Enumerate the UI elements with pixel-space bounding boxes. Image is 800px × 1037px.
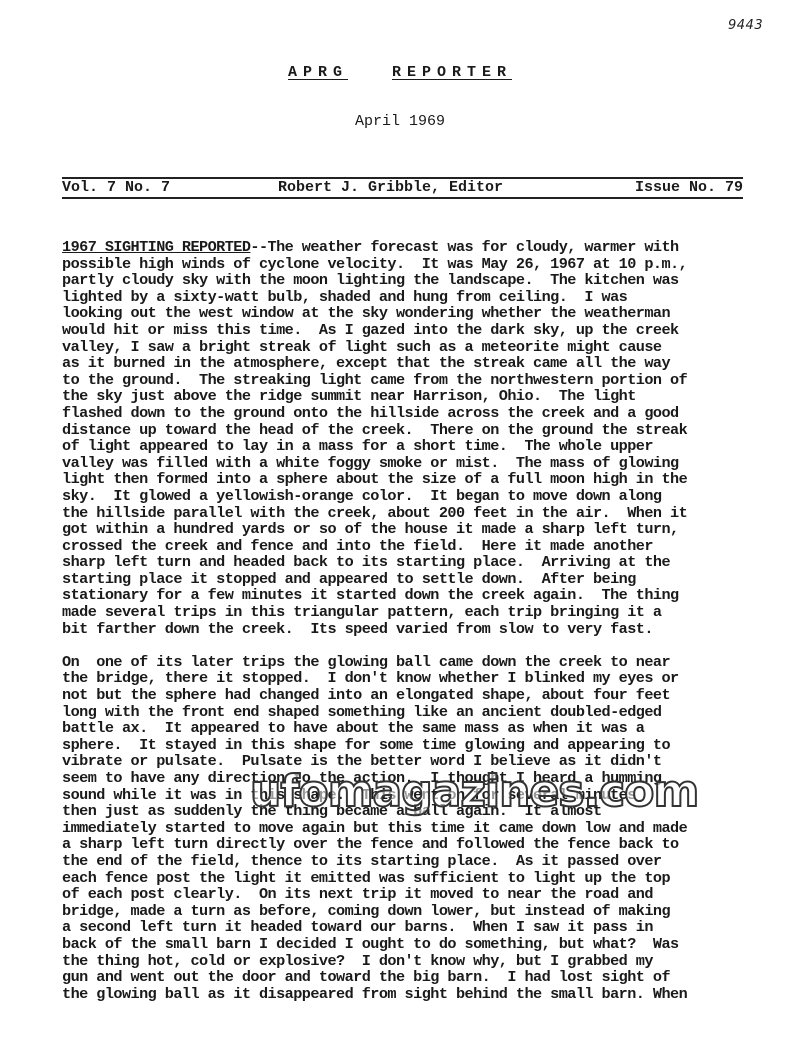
text-line: each fence post the light it emitted was… [62,870,762,887]
text-line: On one of its later trips the glowing ba… [62,654,762,671]
article-body: 1967 SIGHTING REPORTED--The weather fore… [62,239,762,1002]
issue-date: April 1969 [0,113,800,130]
masthead-left: APRG [288,64,348,81]
text-line: a sharp left turn directly over the fenc… [62,836,762,853]
text-line-content: --The weather forecast was for cloudy, w… [250,238,678,256]
text-line: flashed down to the ground onto the hill… [62,405,762,422]
text-line: not but the sphere had changed into an e… [62,687,762,704]
masthead-title: APRGREPORTER [0,64,800,81]
text-line: would hit or miss this time. As I gazed … [62,322,762,339]
text-line: a second left turn it headed toward our … [62,919,762,936]
text-line: as it burned in the atmosphere, except t… [62,355,762,372]
volume-number: Vol. 7 No. 7 [62,179,170,197]
text-line: light then formed into a sphere about th… [62,471,762,488]
text-line: of each post clearly. On its next trip i… [62,886,762,903]
text-line: partly cloudy sky with the moon lighting… [62,272,762,289]
text-line: valley, I saw a bright streak of light s… [62,339,762,356]
text-line: got within a hundred yards or so of the … [62,521,762,538]
issue-number: Issue No. 79 [635,179,743,197]
text-line: sphere. It stayed in this shape for some… [62,737,762,754]
text-line: possible high winds of cyclone velocity.… [62,256,762,273]
volume-bar: Vol. 7 No. 7 Robert J. Gribble, Editor I… [62,177,743,199]
text-line: 1967 SIGHTING REPORTED--The weather fore… [62,239,762,256]
paragraph-break [62,637,762,654]
text-line: crossed the creek and fence and into the… [62,538,762,555]
text-line: immediately started to move again but th… [62,820,762,837]
text-line: starting place it stopped and appeared t… [62,571,762,588]
text-line: made several trips in this triangular pa… [62,604,762,621]
handwritten-page-number: 9443 [728,18,763,33]
text-line: battle ax. It appeared to have about the… [62,720,762,737]
text-line: the hillside parallel with the creek, ab… [62,505,762,522]
text-line: valley was filled with a white foggy smo… [62,455,762,472]
text-line: to the ground. The streaking light came … [62,372,762,389]
masthead-right: REPORTER [392,64,512,81]
text-line: bit farther down the creek. Its speed va… [62,621,762,638]
text-line: the thing hot, cold or explosive? I don'… [62,953,762,970]
text-line: sky. It glowed a yellowish-orange color.… [62,488,762,505]
text-line: stationary for a few minutes it started … [62,587,762,604]
text-line: bridge, made a turn as before, coming do… [62,903,762,920]
watermark: ufomagazines.com [250,770,698,814]
text-line: looking out the west window at the sky w… [62,305,762,322]
text-line: the glowing ball as it disappeared from … [62,986,762,1003]
text-line: the end of the field, thence to its star… [62,853,762,870]
text-line: gun and went out the door and toward the… [62,969,762,986]
editor-name: Robert J. Gribble, Editor [278,179,503,197]
text-line: sharp left turn and headed back to its s… [62,554,762,571]
text-line: distance up toward the head of the creek… [62,422,762,439]
text-line: the bridge, there it stopped. I don't kn… [62,670,762,687]
text-line: long with the front end shaped something… [62,704,762,721]
text-line: lighted by a sixty-watt bulb, shaded and… [62,289,762,306]
article-headline: 1967 SIGHTING REPORTED [62,238,250,256]
text-line: of light appeared to lay in a mass for a… [62,438,762,455]
text-line: back of the small barn I decided I ought… [62,936,762,953]
text-line: the sky just above the ridge summit near… [62,388,762,405]
